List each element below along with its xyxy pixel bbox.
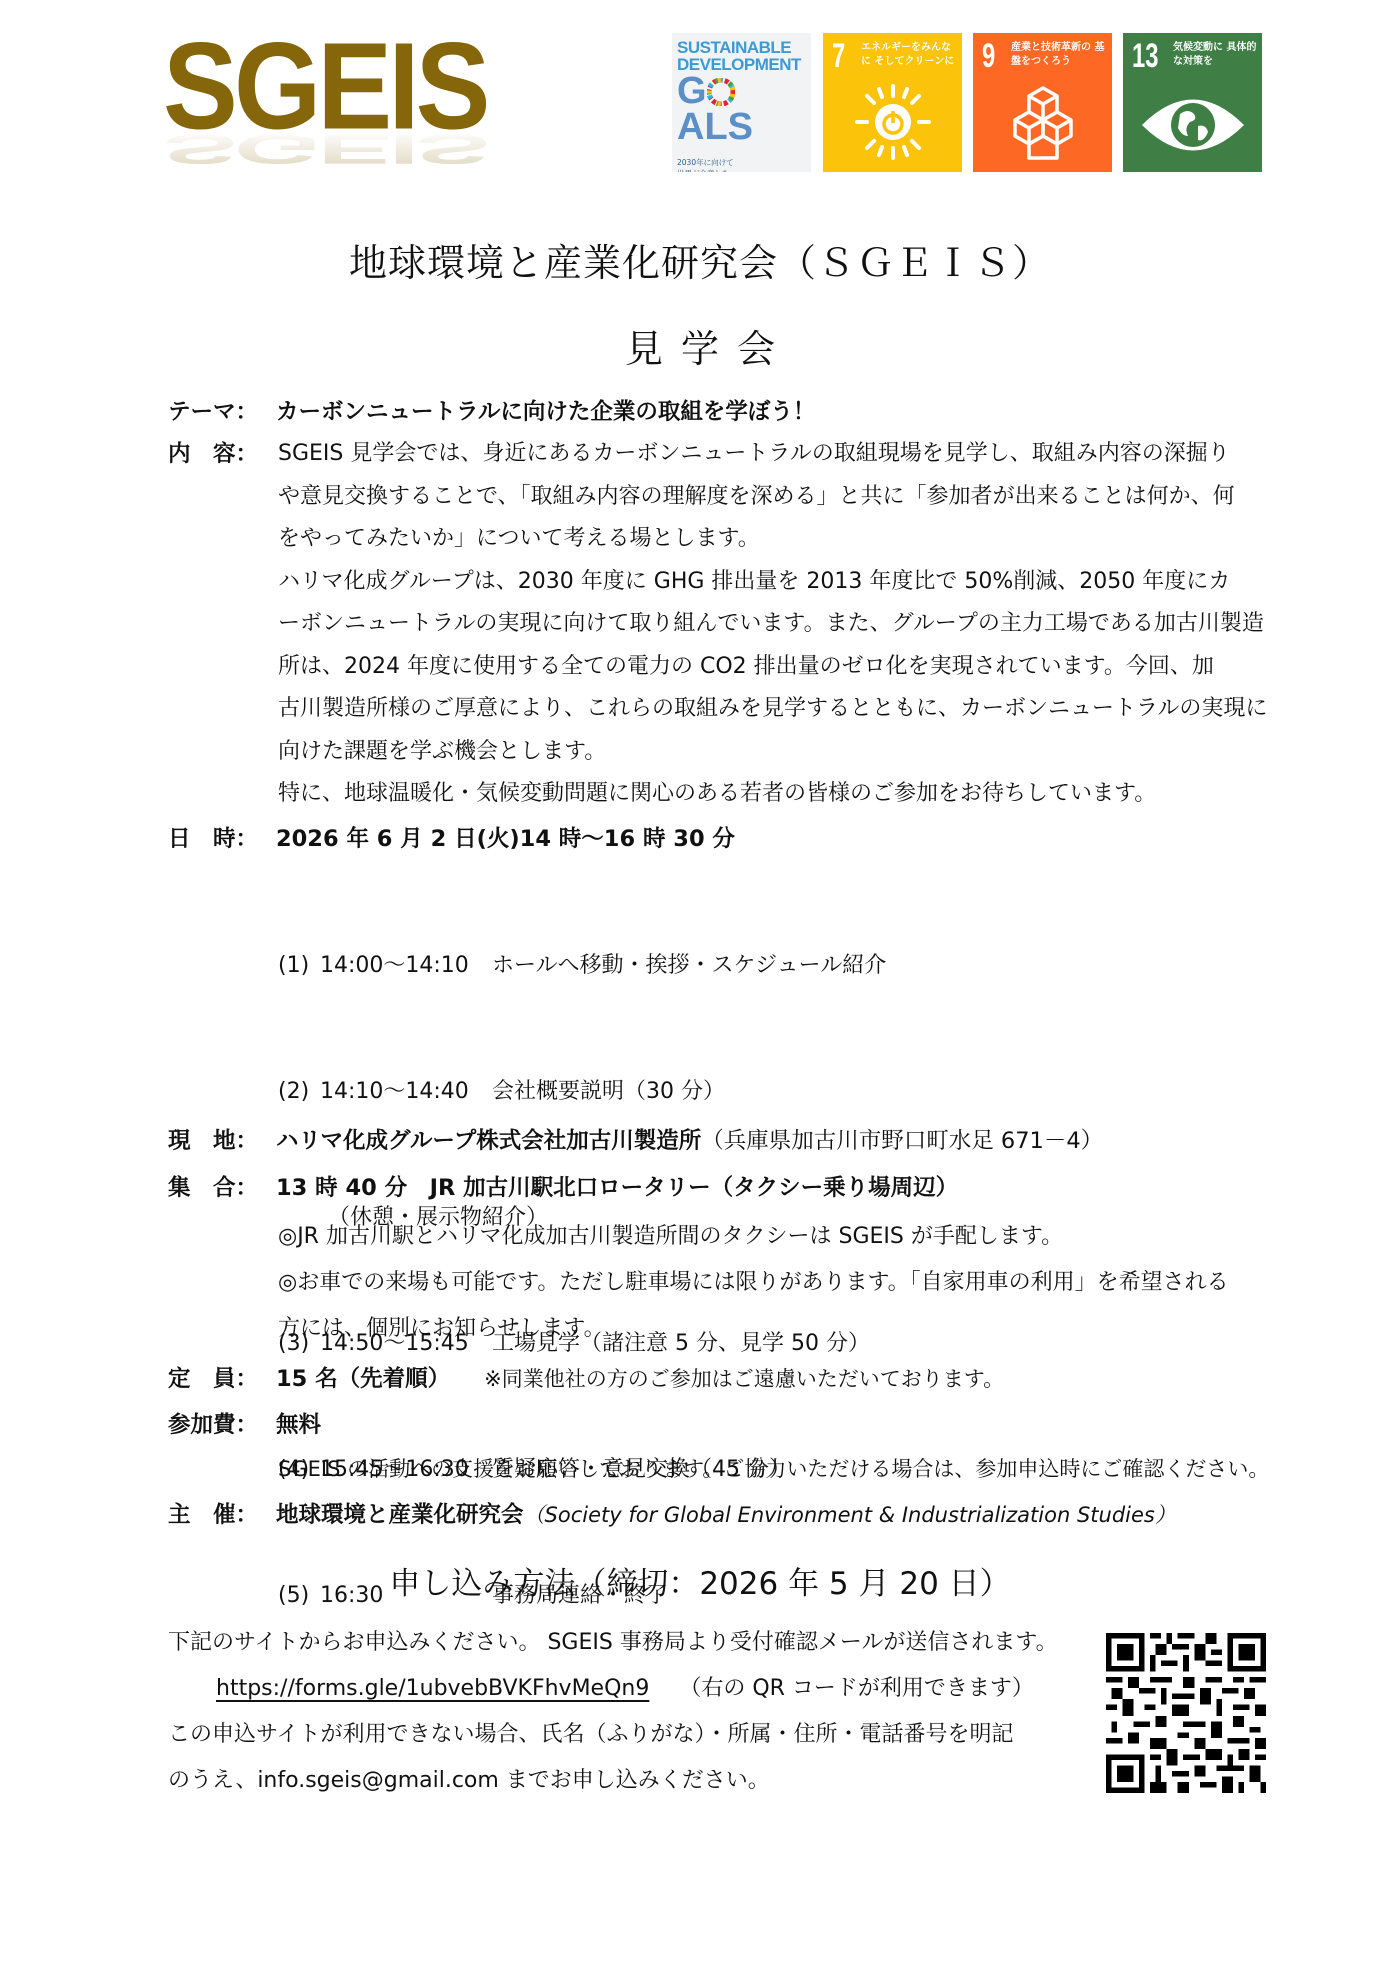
content-paragraph: SGEIS 見学会では、身近にあるカーボンニュートラルの取組現場を見学し、取組み…: [278, 433, 1288, 816]
meeting-label: 集 合：: [168, 1167, 276, 1209]
qr-code[interactable]: [1106, 1633, 1266, 1793]
capacity-label: 定 員：: [168, 1358, 276, 1400]
qr-code-icon: [1106, 1633, 1266, 1793]
content-line: 向けた課題を学ぶ機会とします。: [278, 731, 1288, 774]
content-line: 所は、2024 年度に使用する全ての電力の CO2 排出量のゼロ化を実現されてい…: [278, 646, 1288, 689]
logo-text: SGEIS: [163, 30, 439, 143]
application-url-line: https://forms.gle/1ubvebBVKFhvMeQn9（右の Q…: [168, 1666, 1058, 1712]
page-title: 地球環境と産業化研究会（ＳＧＥＩＳ）: [0, 232, 1400, 287]
location-name: ハリマ化成グループ株式会社加古川製造所: [276, 1128, 701, 1154]
schedule-time: 14:10～14:40: [320, 1071, 492, 1113]
goal-number: 7: [832, 39, 845, 73]
meeting-value: 13 時 40 分 JR 加古川駅北口ロータリー（タクシー乗り場周辺）: [276, 1175, 958, 1201]
sdg-caption-line: 2030年に向けて: [677, 157, 806, 168]
fee-label: 参加費：: [168, 1404, 276, 1446]
eye-globe-icon: [1123, 92, 1262, 158]
goal-number: 13: [1132, 39, 1158, 73]
schedule-desc: 会社概要説明（30 分）: [492, 1079, 725, 1104]
content-line: をやってみたいか」について考える場とします。: [278, 518, 1288, 561]
meeting-note: ◎JR 加古川駅とハリマ化成加古川製造所間のタクシーは SGEIS が手配します…: [278, 1214, 1318, 1260]
datetime-value: 2026 年 6 月 2 日(火)14 時～16 時 30 分: [276, 826, 735, 852]
sgeis-logo: SGEIS SGEIS: [163, 30, 453, 170]
sdg-goal-13: 13 気候変動に 具体的な対策を: [1123, 33, 1262, 172]
schedule-time: 14:00～14:10: [320, 945, 492, 987]
sdg-goal-7: 7 エネルギーをみんなに そしてクリーンに: [823, 33, 962, 172]
goal-text: 気候変動に 具体的な対策を: [1173, 41, 1257, 69]
page-subtitle: 見学会: [0, 318, 1400, 373]
logo-reflection: SGEIS: [163, 130, 487, 168]
capacity-note: ※同業他社の方のご参加はご遠慮いただいております。: [484, 1367, 1004, 1391]
schedule-num: (2): [278, 1071, 320, 1113]
fee-value: 無料: [276, 1412, 321, 1438]
organizer-value: 地球環境と産業化研究会: [276, 1502, 524, 1528]
organizer-label: 主 催：: [168, 1494, 276, 1536]
sdg-wheel-icon: [707, 78, 735, 106]
sun-power-icon: [823, 82, 962, 162]
location-label: 現 地：: [168, 1120, 276, 1162]
content-line: ーボンニュートラルの実現に向けて取り組んでいます。また、グループの主力工場である…: [278, 603, 1288, 646]
schedule-item: (2)14:10～14:40会社概要説明（30 分）: [278, 1071, 886, 1113]
goal-text: エネルギーをみんなに そしてクリーンに: [861, 41, 957, 69]
location-address: （兵庫県加古川市野口町水足 671－4）: [701, 1128, 1103, 1154]
content-line: 古川製造所様のご厚意により、これらの取組みを見学するとともに、カーボンニュートラ…: [278, 688, 1288, 731]
theme-row: テーマ：カーボンニュートラルに向けた企業の取組を学ぼう！: [168, 391, 1318, 433]
cubes-icon: [973, 82, 1112, 162]
capacity-value: 15 名（先着順）: [276, 1366, 450, 1392]
application-form-link[interactable]: https://forms.gle/1ubvebBVKFhvMeQn9: [216, 1676, 649, 1701]
organizer-row: 主 催：地球環境と産業化研究会（Society for Global Envir…: [168, 1494, 1318, 1536]
sdg-caption-line: 世界が合意した: [677, 168, 806, 172]
capacity-row: 定 員：15 名（先着順）※同業他社の方のご参加はご遠慮いただいております。: [168, 1358, 1318, 1400]
datetime-label: 日 時：: [168, 818, 276, 860]
theme-value: カーボンニュートラルに向けた企業の取組を学ぼう！: [276, 399, 815, 425]
application-line: この申込サイトが利用できない場合、氏名（ふりがな）・所属・住所・電話番号を明記: [168, 1712, 1058, 1758]
fee-note: SGEIS の活動への支援をお願いしております。ご協力いただける場合は、参加申込…: [278, 1448, 1378, 1490]
goal-number: 9: [982, 39, 995, 73]
schedule-desc: ホールへ移動・挨拶・スケジュール紹介: [492, 953, 886, 978]
goal-text: 産業と技術革新の 基盤をつくろう: [1011, 41, 1107, 69]
location-row: 現 地：ハリマ化成グループ株式会社加古川製造所（兵庫県加古川市野口町水足 671…: [168, 1120, 1318, 1162]
sdg-logo-goals: G ALS: [677, 73, 806, 145]
meeting-row: 集 合：13 時 40 分 JR 加古川駅北口ロータリー（タクシー乗り場周辺）: [168, 1167, 1318, 1209]
fee-row: 参加費：無料: [168, 1404, 1318, 1446]
sdg-goal-9: 9 産業と技術革新の 基盤をつくろう: [973, 33, 1112, 172]
qr-note: （右の QR コードが利用できます）: [679, 1676, 1034, 1701]
organizer-english: （Society for Global Environment & Indust…: [524, 1503, 1176, 1527]
application-line: 下記のサイトからお申込みください。 SGEIS 事務局より受付確認メールが送信さ…: [168, 1620, 1058, 1666]
content-line: 特に、地球温暖化・気候変動問題に関心のある若者の皆様のご参加をお待ちしています。: [278, 773, 1288, 816]
content-line: ハリマ化成グループは、2030 年度に GHG 排出量を 2013 年度比で 5…: [278, 561, 1288, 604]
schedule-item: (1)14:00～14:10ホールへ移動・挨拶・スケジュール紹介: [278, 945, 886, 987]
meeting-note: 方には、個別にお知らせします。: [278, 1306, 1318, 1352]
content-line: SGEIS 見学会では、身近にあるカーボンニュートラルの取組現場を見学し、取組み…: [278, 433, 1288, 476]
application-email-line: のうえ、info.sgeis@gmail.com までお申し込みください。: [168, 1758, 1058, 1804]
meeting-note: ◎お車での来場も可能です。ただし駐車場には限りがあります。「自家用車の利用」を希…: [278, 1260, 1318, 1306]
meeting-notes: ◎JR 加古川駅とハリマ化成加古川製造所間のタクシーは SGEIS が手配します…: [278, 1214, 1318, 1352]
content-line: や意見交換することで、「取組み内容の理解度を深める」と共に「参加者が出来ることは…: [278, 476, 1288, 519]
datetime-row: 日 時：2026 年 6 月 2 日(火)14 時～16 時 30 分: [168, 818, 1318, 860]
schedule-num: (1): [278, 945, 320, 987]
sdg-logo-line1: SUSTAINABLE: [677, 39, 806, 56]
theme-label: テーマ：: [168, 391, 276, 433]
sdg-logo: SUSTAINABLE DEVELOPMENT G ALS 2030年に向けて …: [672, 33, 811, 172]
content-label: 内 容：: [168, 433, 276, 475]
application-body: 下記のサイトからお申込みください。 SGEIS 事務局より受付確認メールが送信さ…: [168, 1620, 1058, 1804]
sdg-caption: 2030年に向けて 世界が合意した 「持続可能な開発目標」です: [677, 157, 806, 172]
application-heading: 申し込み方法（締切：2026 年 5 月 20 日）: [0, 1558, 1400, 1603]
